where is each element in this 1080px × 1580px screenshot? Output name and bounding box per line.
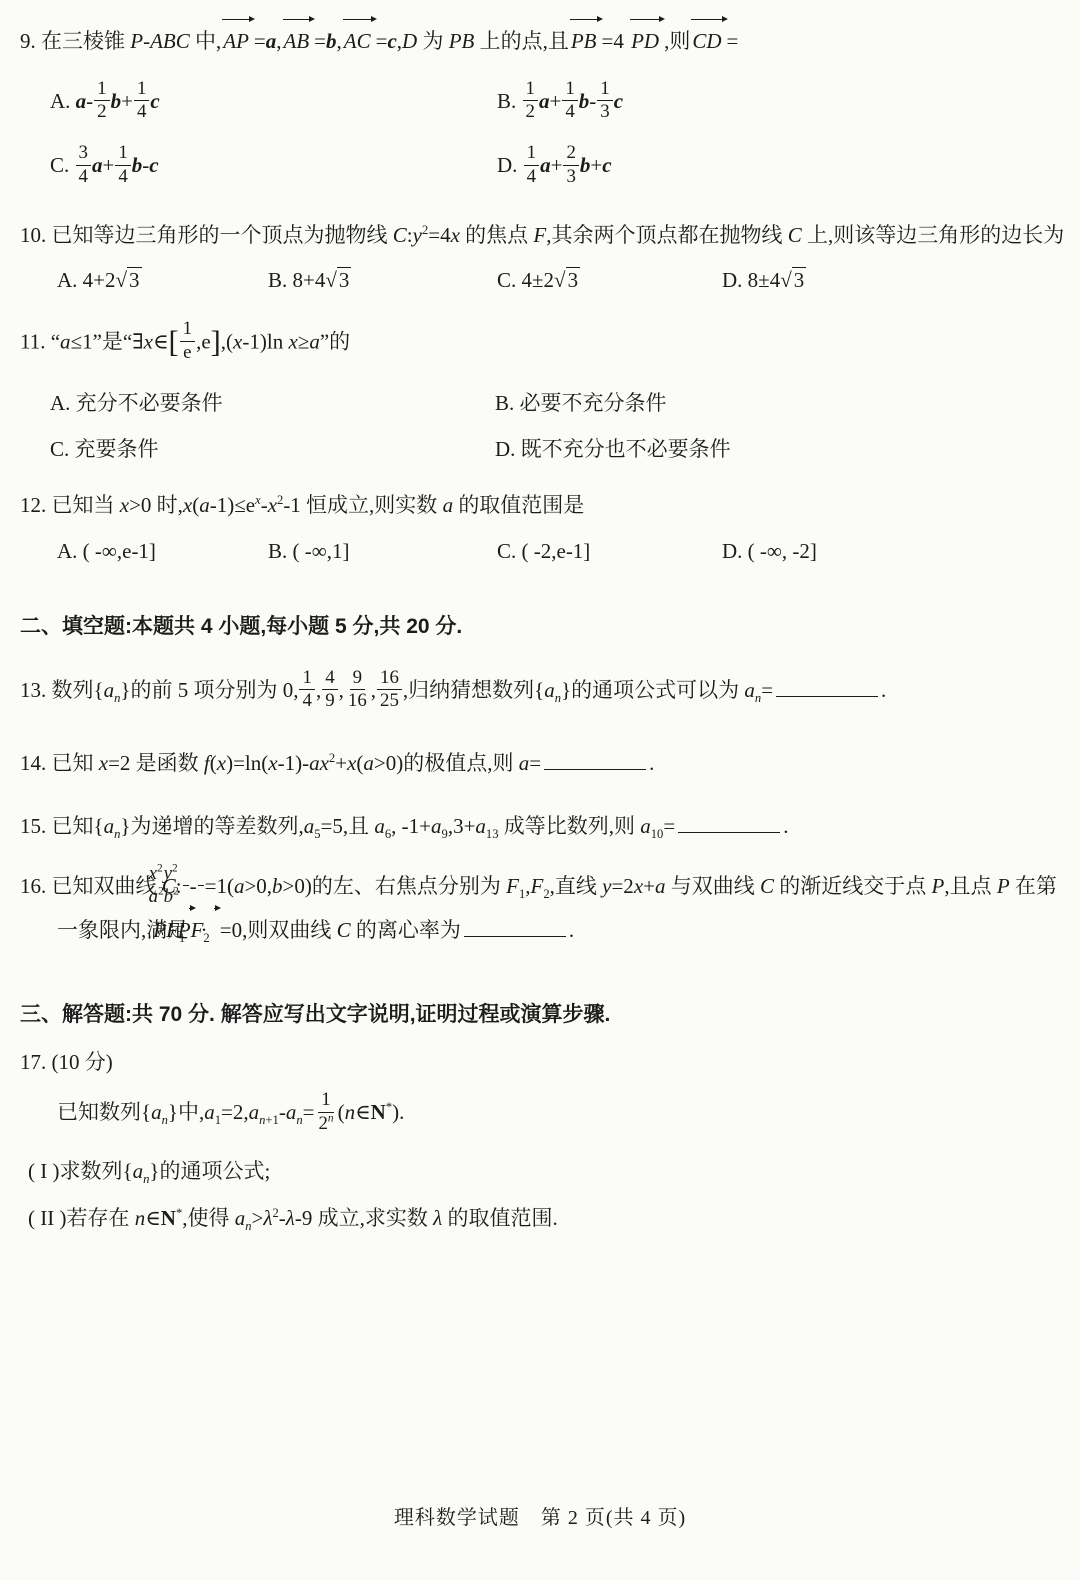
- question-16-stem: 16. 已知双曲线 C:x2a2-y2b2=1(a>0,b>0)的左、右焦点分别…: [20, 865, 1066, 949]
- question-12-options: A. ( -∞,e-1] B. ( -∞,1] C. ( -2,e-1] D. …: [57, 536, 1066, 568]
- question-10-option-a: A. 4+2√3: [57, 265, 268, 297]
- exam-paper-page: 9. 在三棱锥 P-ABC 中,AP=a,AB=b,AC=c,D 为 PB 上的…: [0, 0, 1080, 1580]
- question-10-options: A. 4+2√3 B. 8+4√3 C. 4±2√3 D. 8±4√3: [57, 265, 1066, 297]
- question-9-option-c: C. 34a+14b-c: [50, 144, 497, 190]
- question-11-stem: 11. “a≤1”是“∃x∈[1e,e],(x-1)ln x≥a”的: [20, 317, 1066, 370]
- question-11-option-a: A. 充分不必要条件: [50, 388, 495, 420]
- question-17-part-1: ( I )求数列{an}的通项公式;: [28, 1153, 1066, 1190]
- question-12-option-d: D. ( -∞, -2]: [722, 536, 1066, 568]
- question-14-stem: 14. 已知 x=2 是函数 f(x)=ln(x-1)-ax2+x(a>0)的极…: [20, 745, 1066, 782]
- question-9-stem: 9. 在三棱锥 P-ABC 中,AP=a,AB=b,AC=c,D 为 PB 上的…: [20, 22, 1066, 60]
- question-17-given: 已知数列{an}中,a1=2,an+1-an=12n(n∈N*).: [57, 1091, 1066, 1137]
- question-17-number: 17. (10 分): [20, 1044, 1066, 1081]
- question-12-stem: 12. 已知当 x>0 时,x(a-1)≤ex-x2-1 恒成立,则实数 a 的…: [20, 487, 1066, 524]
- question-9-option-b: B. 12a+14b-13c: [497, 80, 1066, 126]
- question-12-option-a: A. ( -∞,e-1]: [57, 536, 268, 568]
- question-11-option-d: D. 既不充分也不必要条件: [495, 434, 1066, 466]
- question-10: 10. 已知等边三角形的一个顶点为抛物线 C:y2=4x 的焦点 F,其余两个顶…: [20, 217, 1066, 297]
- question-12: 12. 已知当 x>0 时,x(a-1)≤ex-x2-1 恒成立,则实数 a 的…: [20, 487, 1066, 567]
- question-15-stem: 15. 已知{an}为递增的等差数列,a5=5,且 a6, -1+a9,3+a1…: [20, 808, 1066, 845]
- question-10-option-c: C. 4±2√3: [497, 265, 722, 297]
- question-10-stem: 10. 已知等边三角形的一个顶点为抛物线 C:y2=4x 的焦点 F,其余两个顶…: [20, 217, 1066, 254]
- question-11-option-b: B. 必要不充分条件: [495, 388, 1066, 420]
- question-12-option-b: B. ( -∞,1]: [268, 536, 497, 568]
- question-17-part-2: ( II )若存在 n∈N*,使得 an>λ2-λ-9 成立,求实数 λ 的取值…: [28, 1200, 1066, 1237]
- section-3-header: 三、解答题:共 70 分. 解答应写出文字说明,证明过程或演算步骤.: [20, 999, 1066, 1031]
- question-12-option-c: C. ( -2,e-1]: [497, 536, 722, 568]
- page-footer: 理科数学试题 第 2 页(共 4 页): [0, 1501, 1080, 1530]
- question-11-option-c: C. 充要条件: [50, 434, 495, 466]
- question-9-option-d: D. 14a+23b+c: [497, 144, 1066, 190]
- question-11: 11. “a≤1”是“∃x∈[1e,e],(x-1)ln x≥a”的 A. 充分…: [20, 317, 1066, 465]
- exam-content: 9. 在三棱锥 P-ABC 中,AP=a,AB=b,AC=c,D 为 PB 上的…: [0, 0, 1080, 1237]
- question-9-options: A. a-12b+14c B. 12a+14b-13c C. 34a+14b-c…: [50, 80, 1066, 191]
- question-13-stem: 13. 数列{an}的前 5 项分别为 0,14,49,916,1625,归纳猜…: [20, 669, 1066, 715]
- question-9-option-a: A. a-12b+14c: [50, 80, 497, 126]
- question-9: 9. 在三棱锥 P-ABC 中,AP=a,AB=b,AC=c,D 为 PB 上的…: [20, 22, 1066, 191]
- question-10-option-d: D. 8±4√3: [722, 265, 1066, 297]
- question-10-option-b: B. 8+4√3: [268, 265, 497, 297]
- question-11-options: A. 充分不必要条件 B. 必要不充分条件 C. 充要条件 D. 既不充分也不必…: [50, 388, 1066, 465]
- section-2-header: 二、填空题:本题共 4 小题,每小题 5 分,共 20 分.: [20, 611, 1066, 643]
- question-17: 17. (10 分) 已知数列{an}中,a1=2,an+1-an=12n(n∈…: [20, 1044, 1066, 1237]
